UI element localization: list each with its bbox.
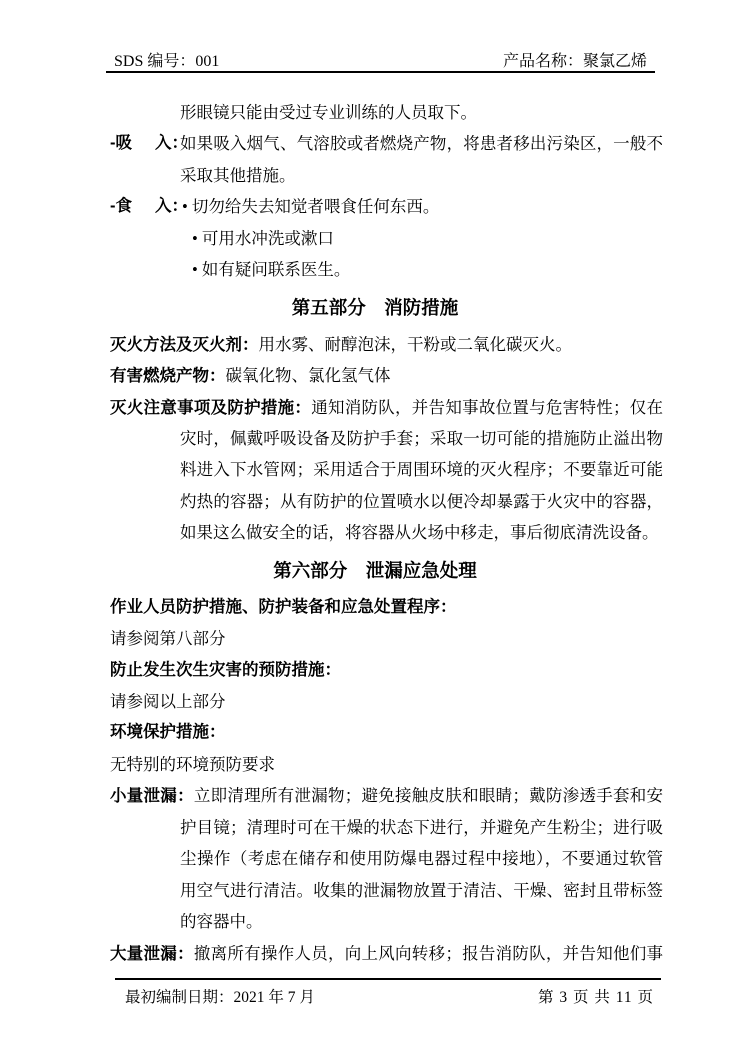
worker-protection-text: 请参阅第八部分 — [0, 623, 750, 654]
extinguish-method-text: 用水雾、耐醇泡沫，干粉或二氧化碳灭火。 — [259, 335, 573, 354]
inhalation-label-dash: -吸 — [110, 128, 132, 159]
footer-page-number: 第 3 页 共 11 页 — [538, 985, 654, 1007]
firefighting-notes-line3: 料进入下水管网；采用适合于周围环境的灭火程序；不要靠近可能 — [0, 454, 663, 485]
environment-protection-heading: 环境保护措施： — [0, 717, 750, 748]
inhalation-text-line2: 采取其他措施。 — [0, 160, 750, 191]
combustion-products-line: 有害燃烧产物：碳氧化物、氯化氢气体 — [0, 360, 750, 391]
small-spill-line1: 小量泄漏：立即清理所有泄漏物；避免接触皮肤和眼睛；戴防渗透手套和安全 — [0, 780, 663, 811]
firefighting-notes-line1: 灭火注意事项及防护措施：通知消防队，并告知事故位置与危害特性；仅在火 — [0, 392, 663, 423]
small-spill-line2: 护目镜；清理时可在干燥的状态下进行，并避免产生粉尘；进行吸 — [0, 812, 663, 843]
extinguish-method-label: 灭火方法及灭火剂： — [110, 336, 259, 354]
small-spill-line4: 用空气进行清洁。收集的泄漏物放置于清洁、干燥、密封且带标签 — [0, 875, 663, 906]
large-spill-text1: 撤离所有操作人员，向上风向转移；报告消防队，并告知他们事故 — [110, 944, 663, 969]
worker-protection-heading: 作业人员防护措施、防护装备和应急处置程序： — [0, 592, 750, 623]
ingestion-bullet-1: • 切勿给失去知觉者喂食任何东西。 — [182, 197, 439, 216]
document-body: 形眼镜只能由受过专业训练的人员取下。 -吸 入： 如果吸入烟气、气溶胶或者燃烧产… — [0, 97, 750, 969]
ingestion-bullet-3: • 如有疑问联系医生。 — [0, 254, 750, 285]
small-spill-text1: 立即清理所有泄漏物；避免接触皮肤和眼睛；戴防渗透手套和安全 — [110, 786, 663, 811]
footer-rule — [115, 978, 661, 980]
secondary-disaster-text: 请参阅以上部分 — [0, 686, 750, 717]
firefighting-notes-line4: 灼热的容器；从有防护的位置喷水以便冷却暴露于火灾中的容器， — [0, 486, 663, 517]
large-spill-label: 大量泄漏： — [110, 945, 194, 963]
ingestion-bullet-2: • 可用水冲洗或漱口 — [0, 223, 750, 254]
firefighting-notes-line2: 灾时，佩戴呼吸设备及防护手套；采取一切可能的措施防止溢出物 — [0, 423, 663, 454]
firefighting-notes-line5: 如果这么做安全的话，将容器从火场中移走，事后彻底清洗设备。 — [0, 517, 750, 548]
sds-document-page: SDS 编号：001 产品名称：聚氯乙烯 形眼镜只能由受过专业训练的人员取下。 … — [0, 0, 750, 1061]
environment-protection-text: 无特别的环境预防要求 — [0, 749, 750, 780]
header-product-name: 产品名称：聚氯乙烯 — [503, 48, 647, 71]
header-sds-number: SDS 编号：001 — [114, 48, 219, 71]
section6-title: 第六部分 泄漏应急处理 — [0, 549, 750, 592]
combustion-products-label: 有害燃烧产物： — [110, 367, 226, 385]
header-rule — [106, 71, 655, 73]
large-spill-line1: 大量泄漏：撤离所有操作人员，向上风向转移；报告消防队，并告知他们事故 — [0, 938, 663, 969]
secondary-disaster-heading: 防止发生次生灾害的预防措施： — [0, 655, 750, 686]
ingestion-label-dash: -食 — [110, 191, 132, 222]
small-spill-line3: 尘操作（考虑在储存和使用防爆电器过程中接地），不要通过软管使 — [0, 843, 663, 874]
inhalation-text-line1: 如果吸入烟气、气溶胶或者燃烧产物，将患者移出污染区，一般不 — [180, 134, 663, 153]
ingestion-paragraph-line1: -食 入： • 切勿给失去知觉者喂食任何东西。 — [0, 191, 750, 222]
small-spill-line5: 的容器中。 — [0, 906, 750, 937]
continuation-line: 形眼镜只能由受过专业训练的人员取下。 — [0, 97, 750, 128]
section5-title: 第五部分 消防措施 — [0, 286, 750, 329]
inhalation-label-ru: 入： — [155, 128, 188, 159]
inhalation-paragraph-line1: -吸 入： 如果吸入烟气、气溶胶或者燃烧产物，将患者移出污染区，一般不 — [0, 128, 663, 159]
combustion-products-text: 碳氧化物、氯化氢气体 — [226, 366, 391, 385]
ingestion-label-ru: 入： — [155, 191, 188, 222]
firefighting-notes-label: 灭火注意事项及防护措施： — [110, 399, 311, 417]
extinguish-method-line: 灭火方法及灭火剂：用水雾、耐醇泡沫，干粉或二氧化碳灭火。 — [0, 329, 750, 360]
footer-date: 最初编制日期：2021 年 7 月 — [125, 985, 315, 1007]
small-spill-label: 小量泄漏： — [110, 787, 194, 805]
